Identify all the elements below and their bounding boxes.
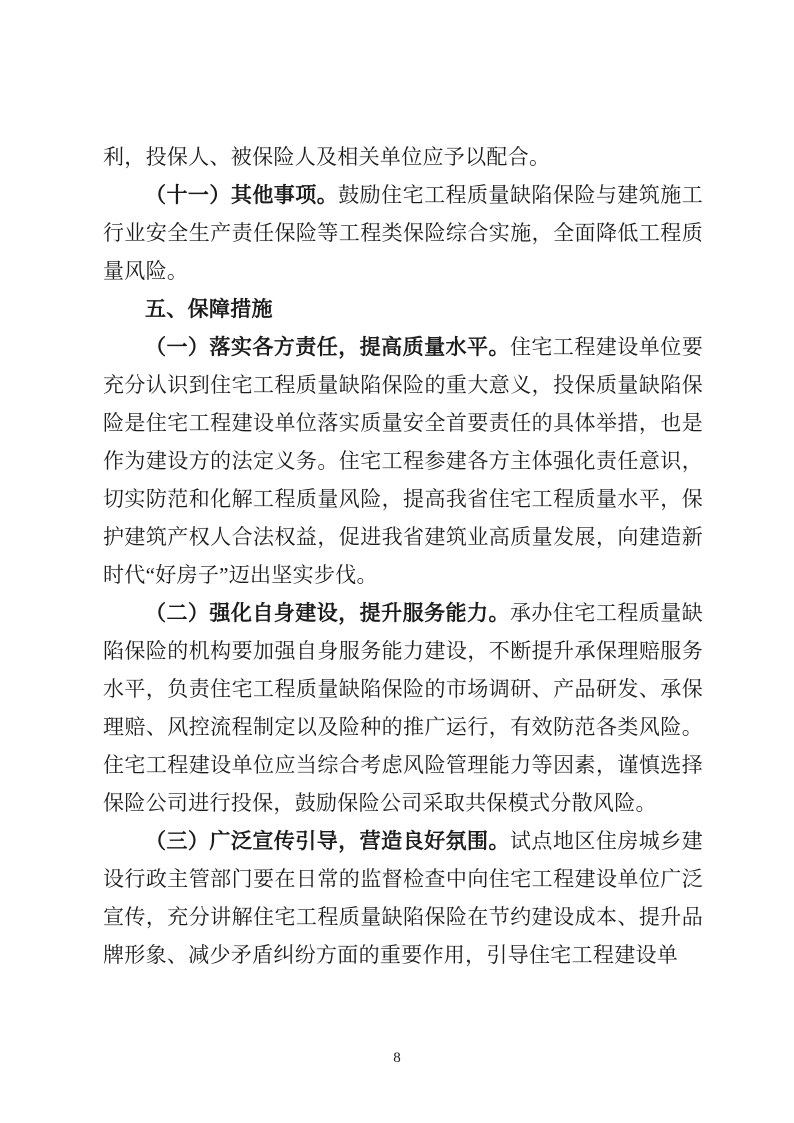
paragraph-item-11: （十一）其他事项。鼓励住宅工程质量缺陷保险与建筑施工行业安全生产责任保险等工程类… [103, 176, 703, 290]
document-page: 利，投保人、被保险人及相关单位应予以配合。 （十一）其他事项。鼓励住宅工程质量缺… [0, 0, 794, 1123]
paragraph-text: 利，投保人、被保险人及相关单位应予以配合。 [103, 145, 550, 169]
document-body: 利，投保人、被保险人及相关单位应予以配合。 （十一）其他事项。鼓励住宅工程质量缺… [103, 138, 703, 974]
paragraph-text: 住宅工程建设单位要充分认识到住宅工程质量缺陷保险的重大意义，投保质量缺陷保险是住… [103, 335, 703, 587]
paragraph-heading: （一）落实各方责任，提高质量水平。 [145, 335, 510, 359]
paragraph-heading: （十一）其他事项。 [145, 183, 338, 207]
paragraph-heading: （二）强化自身建设，提升服务能力。 [145, 601, 510, 625]
paragraph-item-3: （三）广泛宣传引导，营造良好氛围。试点地区住房城乡建设行政主管部门要在日常的监督… [103, 822, 703, 974]
paragraph-item-1: （一）落实各方责任，提高质量水平。住宅工程建设单位要充分认识到住宅工程质量缺陷保… [103, 328, 703, 594]
section-heading-5: 五、保障措施 [103, 290, 703, 328]
page-number: 8 [0, 1050, 794, 1067]
paragraph-item-2: （二）强化自身建设，提升服务能力。承办住宅工程质量缺陷保险的机构要加强自身服务能… [103, 594, 703, 822]
paragraph-continuation: 利，投保人、被保险人及相关单位应予以配合。 [103, 138, 703, 176]
section-heading-text: 五、保障措施 [145, 297, 273, 321]
paragraph-text: 承办住宅工程质量缺陷保险的机构要加强自身服务能力建设，不断提升承保理赔服务水平，… [103, 601, 703, 815]
paragraph-heading: （三）广泛宣传引导，营造良好氛围。 [145, 829, 510, 853]
